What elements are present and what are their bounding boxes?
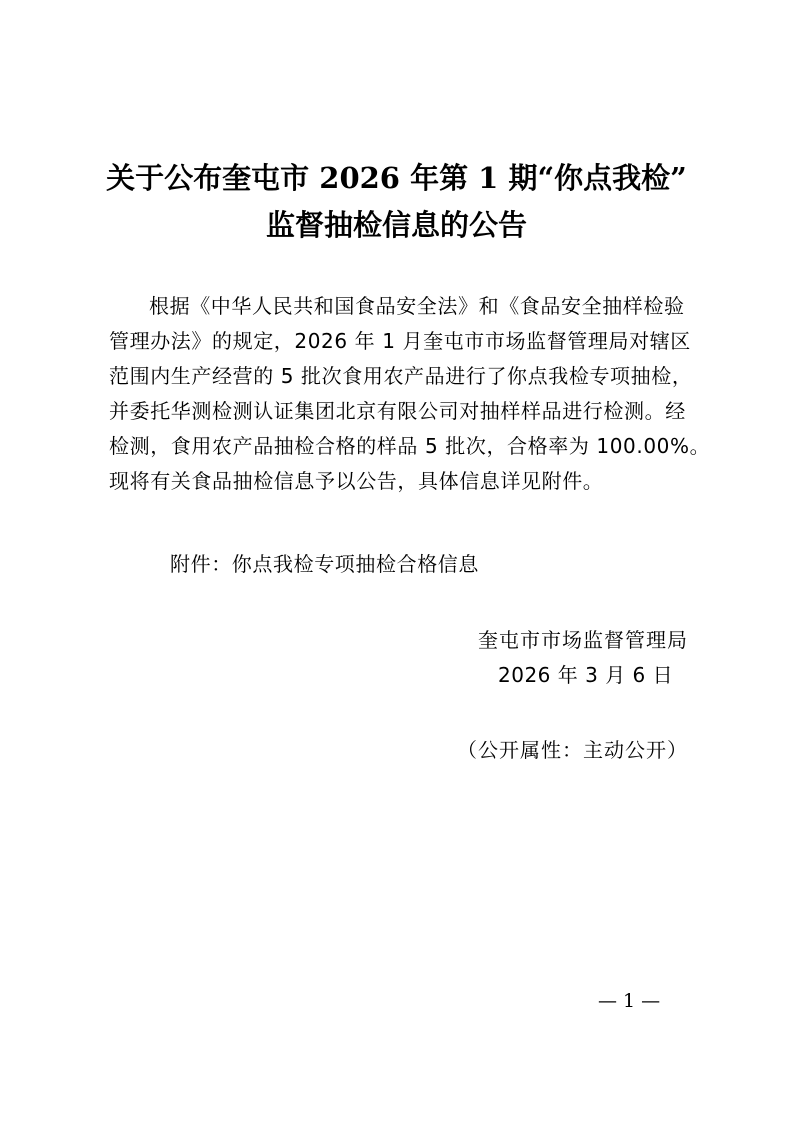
attachment-note: 附件：你点我检专项抽检合格信息 xyxy=(170,548,479,577)
body-paragraph-line: 根据《中华人民共和国食品安全法》和《食品安全抽样检验 xyxy=(149,290,685,319)
disclosure-attribute: （公开属性：主动公开） xyxy=(457,734,688,763)
body-paragraph-line: 现将有关食品抽检信息予以公告，具体信息详见附件。 xyxy=(109,465,603,494)
page-number: — 1 — xyxy=(598,990,660,1012)
issuing-authority: 奎屯市市场监督管理局 xyxy=(478,624,688,653)
body-paragraph-line: 检测，食用农产品抽检合格的样品 5 批次，合格率为 100.00%。 xyxy=(109,430,710,459)
document-title-line-2: 监督抽检信息的公告 xyxy=(0,203,793,244)
document-page: 关于公布奎屯市 2026 年第 1 期“你点我检” 监督抽检信息的公告 根据《中… xyxy=(0,0,793,1122)
body-paragraph-line: 管理办法》的规定，2026 年 1 月奎屯市市场监督管理局对辖区 xyxy=(109,325,691,354)
document-title-line-1: 关于公布奎屯市 2026 年第 1 期“你点我检” xyxy=(0,156,793,197)
body-paragraph-line: 范围内生产经营的 5 批次食用农产品进行了你点我检专项抽检， xyxy=(109,360,692,389)
issue-date: 2026 年 3 月 6 日 xyxy=(498,659,673,688)
body-paragraph-line: 并委托华测检测认证集团北京有限公司对抽样样品进行检测。经 xyxy=(109,395,686,424)
